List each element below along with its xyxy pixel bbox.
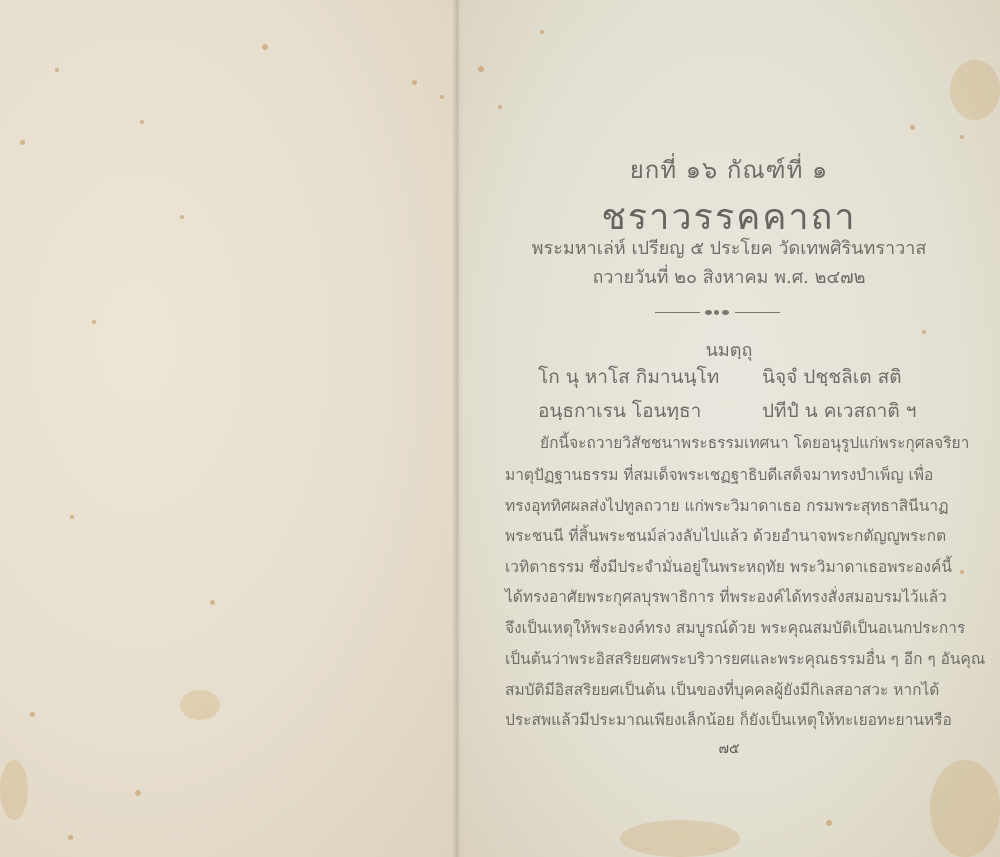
body-line-1: ยักนี้จะถวายวิสัชชนาพระธรรมเทศนา โดยอนุร… xyxy=(540,430,930,455)
body-line-10: ประสพแล้วมีประมาณเพียงเล็กน้อย ก็ยังเป็น… xyxy=(505,707,930,732)
body-line-2: มาตุปัฏฐานธรรม ที่สมเด็จพระเชฏฐาธิบดีเสด… xyxy=(505,462,930,487)
body-line-6: ได้ทรงอาศัยพระกุศลบุรพาธิการ ที่พระองค์ไ… xyxy=(505,584,930,609)
verse-2-right: ปทีปํ น คเวสถาติ ฯ xyxy=(762,396,916,426)
ornament-divider xyxy=(655,310,780,316)
body-line-4: พระชนนี ที่สิ้นพระชนม์ล่วงลับไปแล้ว ด้วย… xyxy=(505,523,930,548)
body-line-7: จึงเป็นเหตุให้พระองค์ทรง สมบูรณ์ด้วย พระ… xyxy=(505,615,930,640)
body-line-3: ทรงอุททิศผลส่งไปทูลถวาย แก่พระวิมาดาเธอ … xyxy=(505,493,930,518)
author-line: พระมหาเล่ห์ เปรียญ ๕ ประโยค วัดเทพศิรินท… xyxy=(458,233,1000,262)
page-number: ๗๕ xyxy=(458,738,1000,760)
body-line-8: เป็นต้นว่าพระอิสสริยยศพระบริวารยศและพระค… xyxy=(505,646,930,671)
verse-2-left: อนฺธกาเรน โอนทฺธา xyxy=(538,396,701,426)
date-line: ถวายวันที่ ๒๐ สิงหาคม พ.ศ. ๒๔๗๒ xyxy=(458,262,1000,291)
book-gutter xyxy=(452,0,464,857)
chapter-header: ยกที่ ๑๖ กัณฑ์ที่ ๑ xyxy=(458,150,1000,189)
left-page xyxy=(0,0,458,857)
body-line-9: สมบัติมีอิสสริยยศเป็นต้น เป็นของที่บุคคล… xyxy=(505,677,930,702)
verse-1-left: โก นุ หาโส กิมานนฺโท xyxy=(538,362,719,392)
salutation: นมตฺถุ xyxy=(458,335,1000,364)
body-line-5: เวทิตาธรรม ซึ่งมีประจำมั่นอยู่ในพระหฤทัย… xyxy=(505,554,930,579)
verse-1-right: นิจฺจํ ปชฺชลิเต สติ xyxy=(762,362,902,392)
